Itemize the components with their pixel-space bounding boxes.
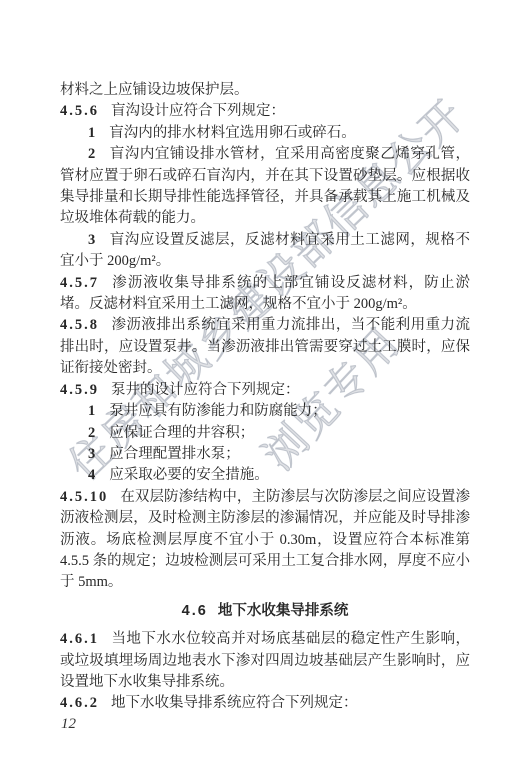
- paragraph-text: 地下水收集导排系统: [218, 603, 349, 619]
- paragraph-text: 盲沟内宜铺设排水管材，宜采用高密度聚乙烯穿孔管，管材应置于卵石或碎石盲沟内，并在…: [60, 146, 470, 226]
- paragraph: 2应保证合理的井容积；: [60, 423, 470, 444]
- clause-number: 4.6: [182, 603, 208, 619]
- item-number: 3: [88, 446, 97, 462]
- paragraph-text: 应合理配置排水泵；: [109, 446, 240, 462]
- paragraph: 4.5.6盲沟设计应符合下列规定：: [60, 101, 470, 122]
- item-number: 2: [88, 146, 97, 162]
- paragraph-text: 当地下水水位较高并对场底基础层的稳定性产生影响，或垃圾填埋场周边地表水下渗对四周…: [60, 631, 470, 690]
- paragraph-text: 盲沟设计应符合下列规定：: [111, 103, 285, 119]
- paragraph-text: 在双层防渗结构中，主防渗层与次防渗层之间应设置渗沥液检测层，及时检测主防渗层的渗…: [60, 489, 470, 591]
- item-number: 2: [88, 425, 97, 441]
- clause-number: 4.5.8: [60, 317, 99, 333]
- paragraph-text: 应保证合理的井容积；: [109, 425, 254, 441]
- paragraph: 4.5.8渗沥液排出系统宜采用重力流排出，当不能利用重力流排出时，应设置泵井。当…: [60, 315, 470, 379]
- paragraph: 材料之上应铺设边坡保护层。: [60, 80, 470, 101]
- paragraph-text: 应采取必要的安全措施。: [109, 467, 269, 483]
- paragraph: 2盲沟内宜铺设排水管材，宜采用高密度聚乙烯穿孔管，管材应置于卵石或碎石盲沟内，并…: [60, 144, 470, 230]
- paragraph: 3盲沟应设置反滤层，反滤材料宜采用土工滤网，规格不宜小于 200g/m²。: [60, 230, 470, 273]
- paragraph: 3应合理配置排水泵；: [60, 444, 470, 465]
- paragraph: 1盲沟内的排水材料宜选用卵石或碎石。: [60, 123, 470, 144]
- paragraph: 4.5.9泵井的设计应符合下列规定：: [60, 380, 470, 401]
- clause-number: 4.5.9: [60, 382, 99, 398]
- paragraph-text: 盲沟内的排水材料宜选用卵石或碎石。: [109, 125, 356, 141]
- paragraph: 4.6.1当地下水水位较高并对场底基础层的稳定性产生影响，或垃圾填埋场周边地表水…: [60, 629, 470, 693]
- section-heading: 4.6地下水收集导排系统: [60, 601, 470, 622]
- paragraph-text: 渗沥液排出系统宜采用重力流排出，当不能利用重力流排出时，应设置泵井。当渗沥液排出…: [60, 317, 470, 376]
- item-number: 4: [88, 467, 97, 483]
- paragraph-text: 渗沥液收集导排系统的上部宜铺设反滤材料，防止淤堵。反滤材料宜采用土工滤网，规格不…: [60, 275, 470, 312]
- clause-number: 4.5.6: [60, 103, 99, 119]
- paragraph: 4应采取必要的安全措施。: [60, 465, 470, 486]
- paragraph: 4.5.10在双层防渗结构中，主防渗层与次防渗层之间应设置渗沥液检测层，及时检测…: [60, 487, 470, 594]
- paragraph-text: 材料之上应铺设边坡保护层。: [60, 82, 249, 98]
- clause-number: 4.6.1: [60, 631, 99, 647]
- item-number: 1: [88, 125, 97, 141]
- clause-number: 4.5.10: [60, 489, 108, 505]
- text-column: 材料之上应铺设边坡保护层。4.5.6盲沟设计应符合下列规定：1盲沟内的排水材料宜…: [60, 80, 470, 715]
- clause-number: 4.6.2: [60, 695, 99, 711]
- document-page: 住房和城乡建设部信息公开 浏览专用 材料之上应铺设边坡保护层。4.5.6盲沟设计…: [0, 0, 529, 767]
- page-number: 12: [61, 716, 76, 733]
- item-number: 1: [88, 403, 97, 419]
- item-number: 3: [88, 232, 97, 248]
- paragraph: 4.5.7渗沥液收集导排系统的上部宜铺设反滤材料，防止淤堵。反滤材料宜采用土工滤…: [60, 273, 470, 316]
- paragraph-text: 地下水收集导排系统应符合下列规定：: [111, 695, 358, 711]
- paragraph: 1泵井应具有防渗能力和防腐能力；: [60, 401, 470, 422]
- paragraph-text: 盲沟应设置反滤层，反滤材料宜采用土工滤网，规格不宜小于 200g/m²。: [60, 232, 470, 269]
- paragraph-text: 泵井应具有防渗能力和防腐能力；: [109, 403, 327, 419]
- paragraph-text: 泵井的设计应符合下列规定：: [111, 382, 300, 398]
- clause-number: 4.5.7: [60, 275, 99, 291]
- paragraph: 4.6.2地下水收集导排系统应符合下列规定：: [60, 693, 470, 714]
